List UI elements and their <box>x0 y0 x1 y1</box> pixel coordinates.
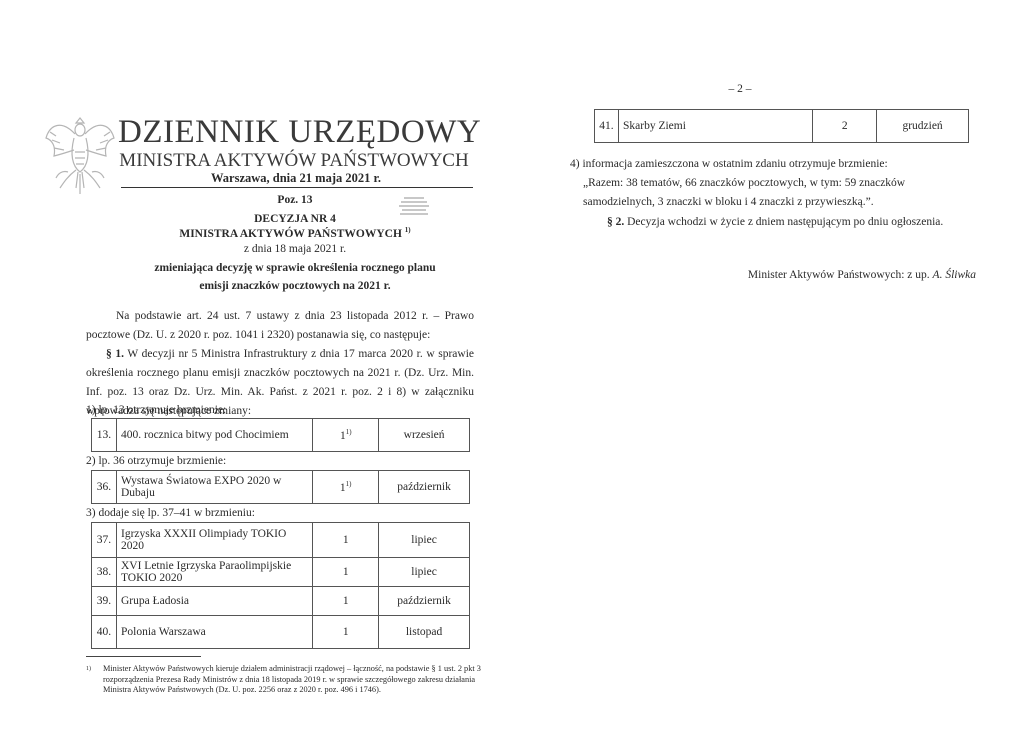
table-row: 36.Wystawa Światowa EXPO 2020 w Dubaju11… <box>92 471 470 504</box>
footnote-ref: 1) <box>346 480 352 488</box>
topic-cell: Skarby Ziemi <box>618 110 812 143</box>
paragraph-2-label: § 2. <box>607 216 624 228</box>
table-item-13: 13.400. rocznica bitwy pod Chocimiem11)w… <box>91 418 470 452</box>
table-row: 40.Polonia Warszawa1listopad <box>92 616 470 649</box>
header-rule <box>121 187 473 188</box>
decision-issuer: MINISTRA AKTYWÓW PAŃSTWOWYCH 1) <box>130 226 460 240</box>
count-cell: 11) <box>313 471 379 504</box>
table-row: 39.Grupa Ładosia1październik <box>92 587 470 616</box>
count-cell: 1 <box>313 616 379 649</box>
paragraph-1-label: § 1. <box>106 348 124 360</box>
table-item-41: 41.Skarby Ziemi2grudzień <box>594 109 969 143</box>
issue-date: Warszawa, dnia 21 maja 2021 r. <box>120 171 472 186</box>
topic-cell: XVI Letnie Igrzyska Paraolimpijskie TOKI… <box>116 558 312 587</box>
footnote-ref: 1) <box>346 428 352 436</box>
item-3-intro: 3) dodaje się lp. 37–41 w brzmieniu: <box>86 504 255 523</box>
table-items-37-40: 37.Igrzyska XXXII Olimpiady TOKIO 20201l… <box>91 522 470 649</box>
subject-line-2: emisji znaczków pocztowych na 2021 r. <box>130 280 460 292</box>
decision-date: z dnia 18 maja 2021 r. <box>130 243 460 255</box>
lp-cell: 38. <box>92 558 117 587</box>
table-row: 13.400. rocznica bitwy pod Chocimiem11)w… <box>92 419 470 452</box>
month-cell: grudzień <box>877 110 969 143</box>
footnote-ref: 1) <box>405 226 411 234</box>
table-row: 37.Igrzyska XXXII Olimpiady TOKIO 20201l… <box>92 523 470 558</box>
paragraph-2-text: Decyzja wchodzi w życie z dniem następuj… <box>627 216 943 228</box>
count-cell: 1 <box>313 558 379 587</box>
footnote-text: Minister Aktywów Państwowych kieruje dzi… <box>103 664 486 696</box>
month-cell: wrzesień <box>379 419 470 452</box>
lp-cell: 40. <box>92 616 117 649</box>
topic-cell: 400. rocznica bitwy pod Chocimiem <box>116 419 312 452</box>
signature-name: A. Śliwka <box>933 269 976 281</box>
topic-cell: Igrzyska XXXII Olimpiady TOKIO 2020 <box>116 523 312 558</box>
subject-line-1: zmieniająca decyzję w sprawie określenia… <box>130 262 460 274</box>
paragraph-2: § 2. Decyzja wchodzi w życie z dniem nas… <box>607 213 977 232</box>
lp-cell: 39. <box>92 587 117 616</box>
signature-prefix: Minister Aktywów Państwowych: z up. <box>748 269 930 281</box>
topic-cell: Grupa Ładosia <box>116 587 312 616</box>
count-cell: 11) <box>313 419 379 452</box>
signature: Minister Aktywów Państwowych: z up. A. Ś… <box>700 266 976 285</box>
table-item-36: 36.Wystawa Światowa EXPO 2020 w Dubaju11… <box>91 470 470 504</box>
decision-title: DECYZJA NR 4 <box>130 213 460 225</box>
decision-issuer-text: MINISTRA AKTYWÓW PAŃSTWOWYCH <box>179 228 402 240</box>
footnote-mark: 1) <box>86 664 91 675</box>
lp-cell: 37. <box>92 523 117 558</box>
count-cell: 2 <box>813 110 877 143</box>
lp-cell: 36. <box>92 471 117 504</box>
lp-cell: 13. <box>92 419 117 452</box>
footnote-rule <box>86 656 201 657</box>
month-cell: listopad <box>379 616 470 649</box>
topic-cell: Wystawa Światowa EXPO 2020 w Dubaju <box>116 471 312 504</box>
month-cell: październik <box>379 587 470 616</box>
lp-cell: 41. <box>595 110 619 143</box>
month-cell: październik <box>379 471 470 504</box>
item-2-intro: 2) lp. 36 otrzymuje brzmienie: <box>86 452 226 471</box>
polish-eagle-emblem <box>42 110 118 200</box>
item-4-quote: „Razem: 38 tematów, 66 znaczków pocztowy… <box>583 174 973 212</box>
journal-subtitle: MINISTRA AKTYWÓW PAŃSTWOWYCH <box>118 150 470 172</box>
preamble: Na podstawie art. 24 ust. 7 ustawy z dni… <box>86 307 474 345</box>
topic-cell: Polonia Warszawa <box>116 616 312 649</box>
count-cell: 1 <box>313 523 379 558</box>
page-number: – 2 – <box>700 80 780 99</box>
table-row: 38.XVI Letnie Igrzyska Paraolimpijskie T… <box>92 558 470 587</box>
footnote: 1) Minister Aktywów Państwowych kieruje … <box>86 664 486 696</box>
item-4-intro: 4) informacja zamieszczona w ostatnim zd… <box>570 155 970 174</box>
count-cell: 1 <box>313 587 379 616</box>
month-cell: lipiec <box>379 523 470 558</box>
table-row: 41.Skarby Ziemi2grudzień <box>595 110 969 143</box>
month-cell: lipiec <box>379 558 470 587</box>
journal-title: DZIENNIK URZĘDOWY <box>118 114 468 151</box>
